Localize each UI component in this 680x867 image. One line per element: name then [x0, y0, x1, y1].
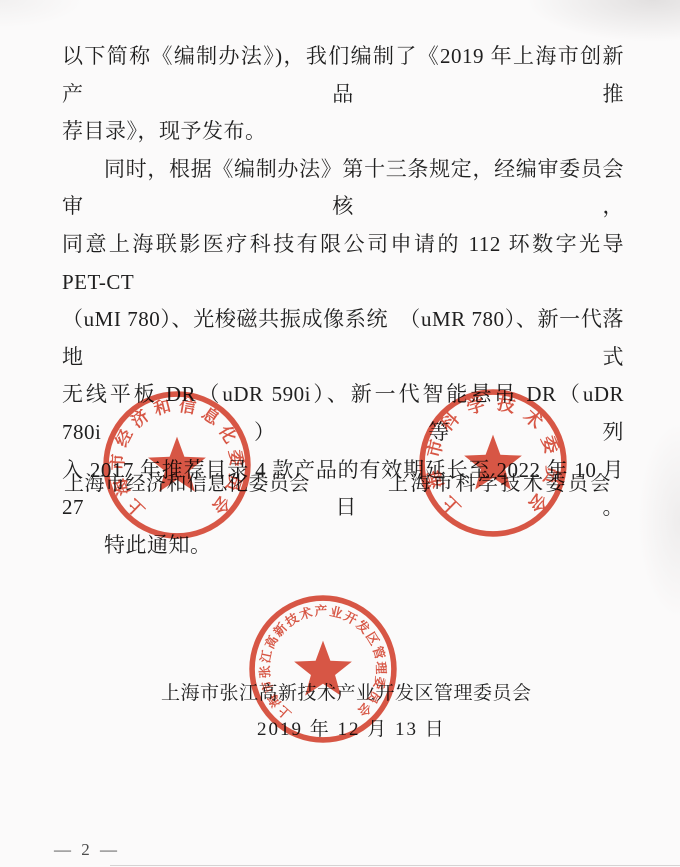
signer-zhangjiang-hitech-zone-committee: 上海市张江高新技术产业开发区管理委员会: [161, 678, 532, 705]
body-line: 特此通知。: [62, 527, 624, 565]
footer-rule: [110, 865, 680, 866]
signer-economy-informatization-commission: 上海市经济和信息化委员会: [64, 467, 310, 496]
document-page: 以下简称《编制办法》)，我们编制了《2019 年上海市创新产品推 荐目录》，现予…: [0, 0, 680, 867]
body-line: 以下简称《编制办法》)，我们编制了《2019 年上海市创新产品推: [62, 38, 624, 113]
page-number: — 2 —: [54, 840, 120, 860]
document-date: 2019 年 12 月 13 日: [257, 714, 446, 741]
body-line: 同时，根据《编制办法》第十三条规定，经编审委员会审核，: [62, 151, 624, 226]
body-line: 荐目录》，现予发布。: [62, 113, 624, 151]
signer-science-technology-commission: 上海市科学技术委员会: [388, 467, 613, 496]
body-line: 同意上海联影医疗科技有限公司申请的 112 环数字光导 PET-CT: [62, 226, 624, 301]
body-line: 无线平板 DR（uDR 590i）、新一代智能悬吊 DR（uDR 780i）等列: [62, 376, 624, 451]
body-line: （uMI 780）、光梭磁共振成像系统 （uMR 780）、新一代落地式: [62, 301, 624, 376]
